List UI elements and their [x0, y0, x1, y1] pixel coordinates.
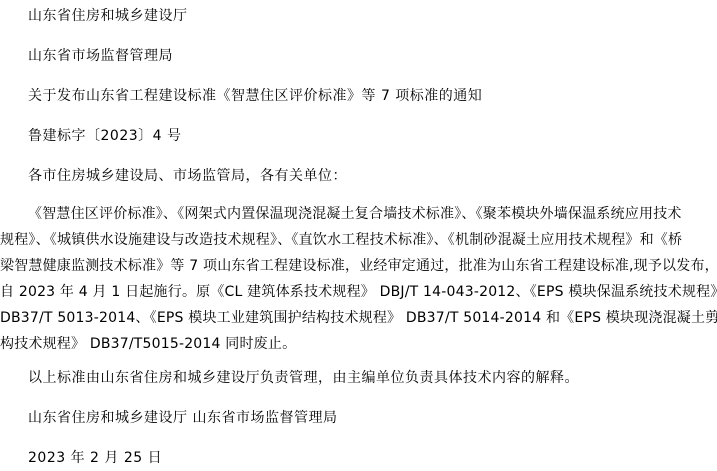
issuer-line-primary: 山东省住房和城乡建设厅 [0, 7, 717, 25]
body-paragraph: 《智慧住区评价标准》、《网架式内置保温现浇混凝土复合墙技术标准》、《聚苯模块外墙… [0, 201, 717, 357]
date-line: 2023 年 2 月 25 日 [0, 449, 717, 467]
issuer-line-secondary: 山东省市场监督管理局 [0, 47, 717, 65]
body-line: 《智慧住区评价标准》、《网架式内置保温现浇混凝土复合墙技术标准》、《聚苯模块外墙… [0, 201, 717, 227]
doc-number: 鲁建标字〔2023〕4 号 [0, 127, 717, 145]
body-line: DB37/T 5013-2014、《EPS 模块工业建筑围护结构技术规程》 DB… [0, 305, 717, 331]
signature-line: 山东省住房和城乡建设厅 山东省市场监督管理局 [0, 409, 717, 427]
body-line: 自 2023 年 4 月 1 日起施行。原《CL 建筑体系技术规程》 DBJ/T… [0, 279, 717, 305]
body-line: 构技术规程》 DB37/T5015-2014 同时废止。 [0, 331, 717, 357]
body-line: 规程》、《城镇供水设施建设与改造技术规程》、《直饮水工程技术标准》、《机制砂混凝… [0, 227, 717, 253]
notice-title: 关于发布山东省工程建设标准《智慧住区评价标准》等 7 项标准的通知 [0, 87, 717, 105]
salutation-line: 各市住房城乡建设局、市场监管局，各有关单位： [0, 167, 717, 185]
body-line: 梁智慧健康监测技术标准》等 7 项山东省工程建设标准，业经审定通过，批准为山东省… [0, 253, 717, 279]
closing-paragraph: 以上标准由山东省住房和城乡建设厅负责管理，由主编单位负责具体技术内容的解释。 [0, 369, 717, 387]
notice-document-page: 山东省住房和城乡建设厅 山东省市场监督管理局 关于发布山东省工程建设标准《智慧住… [0, 0, 717, 471]
